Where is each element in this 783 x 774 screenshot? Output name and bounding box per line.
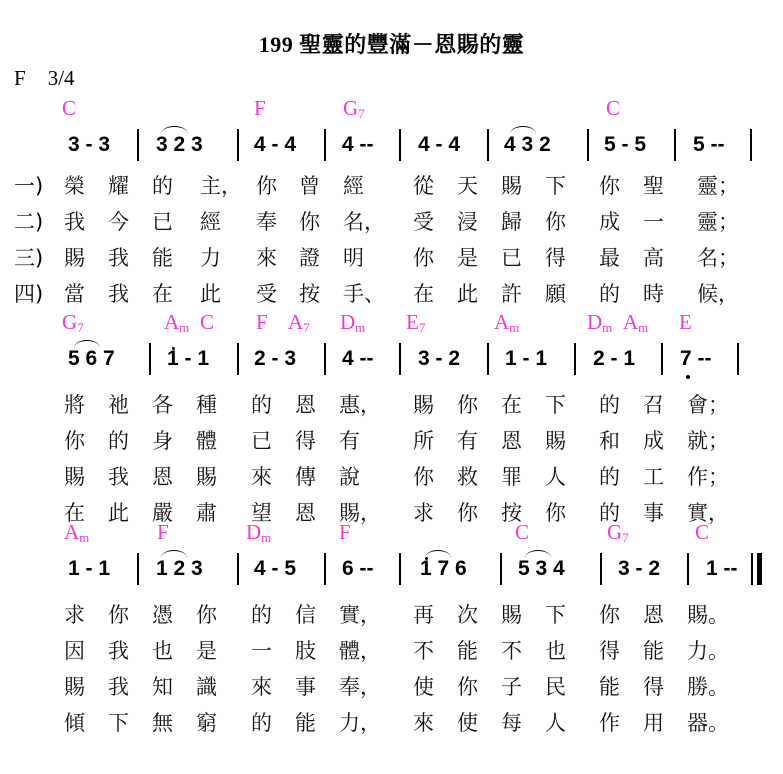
lyric-syllable: 人 [545,461,566,491]
lyric-syllable: 事 [295,671,316,701]
chord-root: C [695,520,709,544]
lyric-syllable: 召 [643,389,664,419]
lyric-syllable: 工 [643,461,664,491]
lyric-syllable: 民 [545,671,566,701]
lyric-syllable: 的 [251,707,272,737]
verse-number: 二) [14,206,43,236]
measure-notes: 1 2 3 [156,557,203,581]
lyric-syllable: 也 [152,635,173,665]
lyric-syllable: 力， [339,707,381,737]
measure-notes: 3 - 2 [418,347,460,371]
lyric-syllable: 榮 [64,170,85,200]
lyric-syllable: 主， [200,170,242,200]
bar-line [137,553,139,585]
chord-symbol: G7 [607,520,629,546]
lyric-syllable: 奉， [339,671,381,701]
lyric-syllable: 和 [599,425,620,455]
lyric-syllable: 的 [251,599,272,629]
lyric-syllable: 靈； [697,206,739,236]
slur-arc [74,340,100,348]
lyric-syllable: 祂 [108,389,129,419]
bar-line [399,129,401,161]
lyric-syllable: 已 [251,425,272,455]
bar-line [399,343,401,375]
lyric-syllable: 不 [413,635,434,665]
lyric-syllable: 你 [64,425,85,455]
chord-quality: m [261,530,271,545]
lyric-syllable: 求 [413,497,434,527]
chord-root: D [587,310,602,334]
chord-root: D [340,310,355,334]
lyric-syllable: 下 [545,170,566,200]
lyric-syllable: 肅 [196,497,217,527]
lyric-syllable: 用 [643,707,664,737]
measure-notes: 3 - 2 [618,557,660,581]
bar-line [500,553,502,585]
bar-line [587,129,589,161]
lyric-syllable: 的 [108,425,129,455]
lyric-syllable: 我 [108,671,129,701]
bar-line [750,129,752,161]
measure-notes: 4 - 4 [418,133,460,157]
lyric-syllable: 惠， [339,389,381,419]
bar-line [487,129,489,161]
lyric-syllable: 下 [545,599,566,629]
lyric-syllable: 賜 [413,389,434,419]
bar-line [324,343,326,375]
bar-line [487,343,489,375]
lyric-syllable: 你 [108,599,129,629]
measure-notes: 1 -- [706,557,738,581]
bar-line [237,129,239,161]
bar-line [149,343,151,375]
lyric-syllable: 成 [599,206,620,236]
measure-notes: 4 - 5 [254,557,296,581]
measure-notes: 4 - 4 [254,133,296,157]
lyric-syllable: 曾 [299,170,320,200]
chord-root: C [62,96,76,120]
bar-line [237,343,239,375]
lyric-syllable: 實， [339,599,381,629]
lyric-syllable: 你 [299,206,320,236]
chord-root: D [246,520,261,544]
lyric-syllable: 來 [256,242,277,272]
lyric-syllable: 證 [299,242,320,272]
lyric-syllable: 一 [643,206,664,236]
lyric-syllable: 最 [599,242,620,272]
lyric-syllable: 成 [643,425,664,455]
chord-root: G [62,310,77,334]
measure-notes: 1 - 1 [68,557,110,581]
bar-line [324,129,326,161]
lyric-syllable: 你 [413,461,434,491]
chord-symbol: Am [164,310,189,336]
chord-root: C [606,96,620,120]
bar-line [237,553,239,585]
lyric-syllable: 知 [152,671,173,701]
lyric-syllable: 賜 [64,242,85,272]
lyric-syllable: 能 [295,707,316,737]
lyric-syllable: 賜。 [687,599,729,629]
lyric-syllable: 候， [697,278,739,308]
lyric-syllable: 受 [256,278,277,308]
measure-notes: 6 -- [342,557,374,581]
lyric-syllable: 子 [501,671,522,701]
chord-symbol: C [62,96,76,121]
lyric-syllable: 你 [196,599,217,629]
measure-notes: 2 - 1 [593,347,635,371]
lyric-syllable: 我 [108,461,129,491]
lyric-syllable: 使 [457,707,478,737]
lyric-syllable: 的 [599,461,620,491]
chord-symbol: E7 [406,310,425,336]
slur-arc [161,550,187,558]
slur-arc [161,126,188,134]
lyric-syllable: 賜 [196,461,217,491]
lyric-syllable: 體， [339,635,381,665]
measure-notes: 2 - 3 [254,347,296,371]
chord-quality: 7 [303,320,310,335]
lyric-syllable: 聖 [643,170,664,200]
chord-root: C [515,520,529,544]
measure-notes: 5 6 7 [68,347,115,371]
lyric-syllable: 無 [152,707,173,737]
chord-root: E [406,310,419,334]
chord-symbol: G7 [343,96,365,122]
octave-up-dot [172,347,175,350]
chord-quality: 7 [358,106,365,121]
chord-root: A [164,310,179,334]
verse-number: 四) [14,278,43,308]
chord-symbol: C [695,520,709,545]
chord-quality: 7 [77,320,84,335]
lyric-syllable: 從 [413,170,434,200]
lyric-syllable: 各 [152,389,173,419]
lyric-syllable: 說 [339,461,360,491]
chord-symbol: A7 [288,310,310,336]
lyric-syllable: 得 [599,635,620,665]
chord-root: A [494,310,509,334]
bar-line [661,343,663,375]
lyric-syllable: 經 [200,206,221,236]
lyric-syllable: 得 [545,242,566,272]
bar-line [574,343,576,375]
measure-notes: 1 - 1 [167,347,209,371]
measure-notes: 5 -- [693,133,725,157]
lyric-syllable: 明 [343,242,364,272]
lyric-syllable: 我 [108,278,129,308]
chord-symbol: Am [494,310,519,336]
lyric-syllable: 恩 [152,461,173,491]
lyric-syllable: 受 [413,206,434,236]
lyric-syllable: 此 [200,278,221,308]
bar-line [137,129,139,161]
lyric-syllable: 你 [256,170,277,200]
lyric-syllable: 就； [687,425,729,455]
slur-arc [425,550,451,558]
lyric-syllable: 識 [196,671,217,701]
measure-notes: 7 -- [680,347,712,371]
lyric-syllable: 救 [457,461,478,491]
lyric-syllable: 你 [599,599,620,629]
lyric-syllable: 恩 [643,599,664,629]
lyric-syllable: 時 [643,278,664,308]
final-bar-line-thick [757,553,762,585]
lyric-syllable: 當 [64,278,85,308]
lyric-syllable: 作 [599,707,620,737]
chord-root: F [254,96,266,120]
lyric-syllable: 所 [413,425,434,455]
lyric-syllable: 再 [413,599,434,629]
chord-symbol: Am [623,310,648,336]
chord-root: F [256,310,268,334]
lyric-syllable: 名， [343,206,385,236]
lyric-syllable: 得 [643,671,664,701]
measure-notes: 3 - 3 [68,133,110,157]
lyric-syllable: 事 [643,497,664,527]
lyric-syllable: 將 [64,389,85,419]
lyric-syllable: 靈； [697,170,739,200]
measure-notes: 4 -- [342,133,374,157]
chord-symbol: C [606,96,620,121]
lyric-syllable: 賜 [64,671,85,701]
chord-symbol: C [515,520,529,545]
lyric-syllable: 能 [643,635,664,665]
bar-line [399,553,401,585]
chord-symbol: Dm [246,520,271,546]
bar-line [600,553,602,585]
lyric-syllable: 浸 [457,206,478,236]
lyric-syllable: 今 [108,206,129,236]
bar-line [687,553,689,585]
lyric-syllable: 肢 [295,635,316,665]
bar-line [737,343,739,375]
lyric-syllable: 已 [501,242,522,272]
chord-symbol: F [254,96,266,121]
chord-quality: 7 [622,530,629,545]
chord-symbol: Dm [587,310,612,336]
measure-notes: 1 7 6 [420,557,467,581]
octave-up-dot [425,557,428,560]
lyric-syllable: 一 [251,635,272,665]
lyric-syllable: 按 [299,278,320,308]
lyric-syllable: 器。 [687,707,729,737]
lyric-syllable: 來 [251,461,272,491]
verse-number: 一) [14,170,43,200]
lyric-syllable: 信 [295,599,316,629]
lyric-syllable: 罪 [501,461,522,491]
lyric-syllable: 你 [599,170,620,200]
chord-quality: m [602,320,612,335]
slur-arc [510,126,536,134]
lyric-syllable: 能 [599,671,620,701]
measure-notes: 5 - 5 [604,133,646,157]
lyric-syllable: 你 [457,389,478,419]
lyric-syllable: 你 [545,206,566,236]
chord-symbol: F [157,520,169,545]
chord-quality: 7 [419,320,426,335]
lyric-syllable: 是 [196,635,217,665]
lyric-syllable: 你 [413,242,434,272]
measure-notes: 1 - 1 [505,347,547,371]
lyric-syllable: 作； [687,461,729,491]
lyric-syllable: 的 [599,278,620,308]
chord-root: G [343,96,358,120]
lyric-syllable: 奉 [256,206,277,236]
lyric-syllable: 經 [343,170,364,200]
lyric-syllable: 不 [501,635,522,665]
chord-symbol: C [200,310,214,335]
lyric-syllable: 歸 [501,206,522,236]
lyric-syllable: 此 [108,497,129,527]
lyric-syllable: 使 [413,671,434,701]
measure-notes: 4 3 2 [504,133,551,157]
chord-quality: m [355,320,365,335]
lyric-syllable: 力 [200,242,221,272]
key-signature: F3/4 [14,66,97,91]
lyric-syllable: 來 [413,707,434,737]
lyric-syllable: 力。 [687,635,729,665]
lyric-syllable: 在 [501,389,522,419]
lyric-syllable: 的 [152,170,173,200]
chord-quality: m [179,320,189,335]
lyric-syllable: 也 [545,635,566,665]
bar-line [324,553,326,585]
lyric-syllable: 體 [196,425,217,455]
lyric-syllable: 恩 [501,425,522,455]
lyric-syllable: 在 [152,278,173,308]
chord-root: A [623,310,638,334]
lyric-syllable: 是 [457,242,478,272]
measure-notes: 5 3 4 [518,557,565,581]
chord-root: E [679,310,692,334]
lyric-syllable: 賜 [501,599,522,629]
lyric-syllable: 的 [599,389,620,419]
chord-quality: m [509,320,519,335]
chord-root: A [288,310,303,334]
lyric-syllable: 有 [457,425,478,455]
chord-symbol: G7 [62,310,84,336]
lyric-syllable: 賜 [545,425,566,455]
lyric-syllable: 傳 [295,461,316,491]
lyric-syllable: 你 [545,497,566,527]
chord-root: C [200,310,214,334]
lyric-syllable: 下 [108,707,129,737]
chord-quality: m [79,530,89,545]
chord-root: G [607,520,622,544]
lyric-syllable: 恩 [295,389,316,419]
bar-line [674,129,676,161]
lyric-syllable: 我 [108,242,129,272]
chord-symbol: F [339,520,351,545]
lyric-syllable: 求 [64,599,85,629]
chord-root: A [64,520,79,544]
lyric-syllable: 在 [413,278,434,308]
lyric-syllable: 能 [457,635,478,665]
lyric-syllable: 賜 [64,461,85,491]
lyric-syllable: 高 [643,242,664,272]
lyric-syllable: 能 [152,242,173,272]
lyric-syllable: 此 [457,278,478,308]
time-signature: 3/4 [48,66,75,90]
lyric-syllable: 我 [108,635,129,665]
verse-number: 三) [14,242,43,272]
octave-down-dot [686,375,690,379]
lyric-syllable: 的 [251,389,272,419]
chord-symbol: E [679,310,692,335]
chord-symbol: Dm [340,310,365,336]
lyric-syllable: 許 [501,278,522,308]
lyric-syllable: 賜 [501,170,522,200]
lyric-syllable: 天 [457,170,478,200]
lyric-syllable: 因 [64,635,85,665]
key-label: F [14,66,26,90]
lyric-syllable: 你 [457,671,478,701]
lyric-syllable: 窮 [196,707,217,737]
lyric-syllable: 恩 [295,497,316,527]
slur-arc [525,550,551,558]
lyric-syllable: 有 [339,425,360,455]
lyric-syllable: 勝。 [687,671,729,701]
lyric-syllable: 人 [545,707,566,737]
lyric-syllable: 願 [545,278,566,308]
final-bar-line-thin [751,553,753,585]
lyric-syllable: 會； [687,389,729,419]
lyric-syllable: 身 [152,425,173,455]
lyric-syllable: 傾 [64,707,85,737]
hymn-title: 199 聖靈的豐滿－恩賜的靈 [0,28,783,59]
chord-root: F [157,520,169,544]
measure-notes: 3 2 3 [156,133,203,157]
lyric-syllable: 每 [501,707,522,737]
lyric-syllable: 下 [545,389,566,419]
lyric-syllable: 手、 [343,278,385,308]
chord-root: F [339,520,351,544]
lyric-syllable: 你 [457,497,478,527]
lyric-syllable: 來 [251,671,272,701]
lyric-syllable: 名； [697,242,739,272]
chord-symbol: Am [64,520,89,546]
chord-symbol: F [256,310,268,335]
chord-quality: m [638,320,648,335]
lyric-syllable: 次 [457,599,478,629]
measure-notes: 4 -- [342,347,374,371]
lyric-syllable: 耀 [108,170,129,200]
lyric-syllable: 我 [64,206,85,236]
lyric-syllable: 得 [295,425,316,455]
lyric-syllable: 已 [152,206,173,236]
lyric-syllable: 種 [196,389,217,419]
lyric-syllable: 憑 [152,599,173,629]
